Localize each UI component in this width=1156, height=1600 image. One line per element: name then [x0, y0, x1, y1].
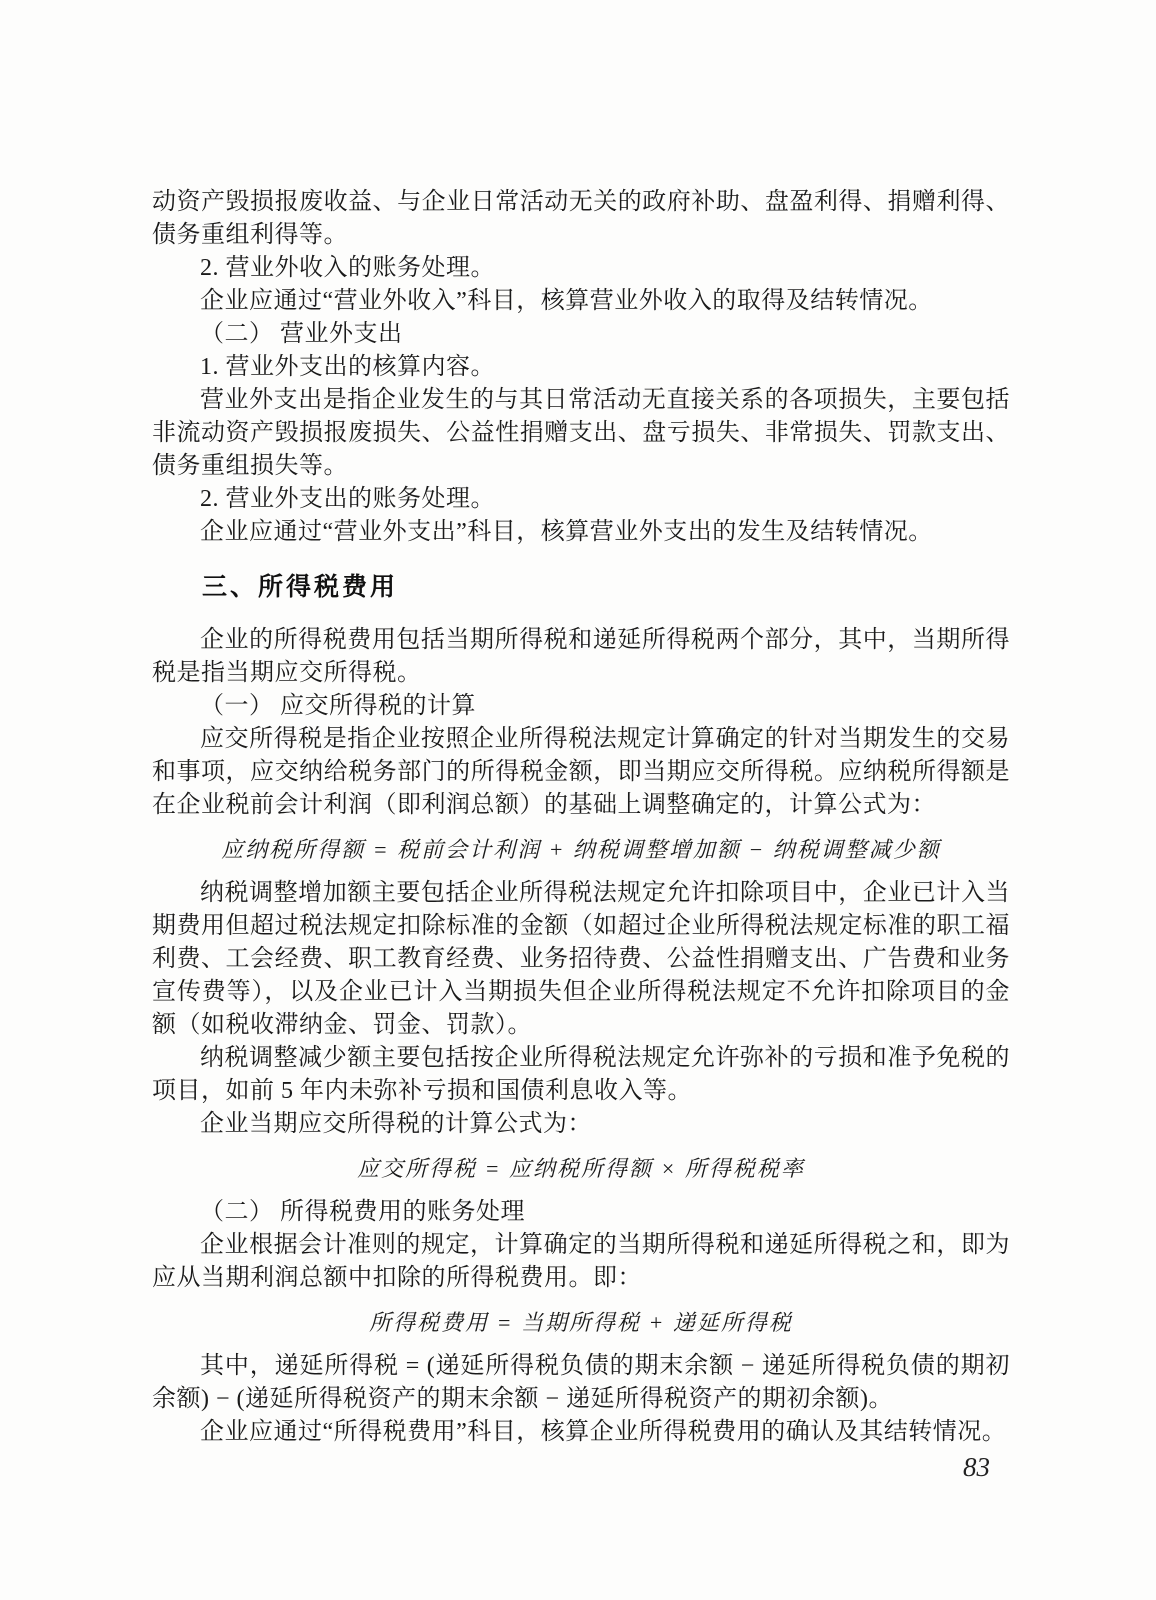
list-item-1-nonoperating-expense-scope: 1. 营业外支出的核算内容。 [152, 351, 1010, 384]
scanned-book-page: 动资产毁损报废收益、与企业日常活动无关的政府补助、盘盈利得、捐赠利得、债务重组利… [0, 0, 1156, 1600]
formula-income-tax-expense: 所得税费用 = 当期所得税 + 递延所得税 [152, 1306, 1010, 1339]
paragraph-income-tax-expense-calculation: 企业根据会计准则的规定，计算确定的当期所得税和递延所得税之和，即为应从当期利润总… [152, 1229, 1010, 1295]
paragraph-nonoperating-income-account: 企业应通过“营业外收入”科目，核算营业外收入的取得及结转情况。 [152, 285, 1010, 318]
paragraph-nonoperating-expense-definition: 营业外支出是指企业发生的与其日常活动无直接关系的各项损失，主要包括非流动资产毁损… [152, 384, 1010, 483]
page-number: 83 [963, 1452, 990, 1483]
formula-taxable-income: 应纳税所得额 = 税前会计利润 + 纳税调整增加额 − 纳税调整减少额 [152, 833, 1010, 866]
paragraph-current-tax-formula-lead-in: 企业当期应交所得税的计算公式为： [152, 1108, 1010, 1141]
section-heading-income-tax-expense: 三、所得税费用 [152, 571, 1010, 604]
formula-payable-income-tax: 应交所得税 = 应纳税所得额 × 所得税税率 [152, 1152, 1010, 1185]
list-item-2-nonoperating-expense-accounting: 2. 营业外支出的账务处理。 [152, 483, 1010, 516]
subheading-payable-income-tax-calculation: （一） 应交所得税的计算 [152, 690, 1010, 723]
paragraph-income-tax-expense-account: 企业应通过“所得税费用”科目，核算企业所得税费用的确认及其结转情况。 [152, 1416, 1010, 1449]
page-content: 动资产毁损报废收益、与企业日常活动无关的政府补助、盘盈利得、捐赠利得、债务重组利… [152, 186, 1010, 1449]
list-item-2-nonoperating-income-accounting: 2. 营业外收入的账务处理。 [152, 252, 1010, 285]
paragraph-nonoperating-expense-account: 企业应通过“营业外支出”科目，核算营业外支出的发生及结转情况。 [152, 516, 1010, 549]
paragraph-payable-income-tax-definition: 应交所得税是指企业按照企业所得税法规定计算确定的针对当期发生的交易和事项，应交纳… [152, 723, 1010, 822]
paragraph-deferred-tax-formula: 其中，递延所得税 = (递延所得税负债的期末余额 − 递延所得税负债的期初余额)… [152, 1350, 1010, 1416]
subheading-nonoperating-expenses: （二） 营业外支出 [152, 318, 1010, 351]
paragraph-tax-adjustment-increase: 纳税调整增加额主要包括企业所得税法规定允许扣除项目中，企业已计入当期费用但超过税… [152, 877, 1010, 1042]
paragraph-income-tax-expense-intro: 企业的所得税费用包括当期所得税和递延所得税两个部分，其中，当期所得税是指当期应交… [152, 624, 1010, 690]
paragraph-continuation: 动资产毁损报废收益、与企业日常活动无关的政府补助、盘盈利得、捐赠利得、债务重组利… [152, 186, 1010, 252]
paragraph-tax-adjustment-decrease: 纳税调整减少额主要包括按企业所得税法规定允许弥补的亏损和准予免税的项目，如前 5… [152, 1042, 1010, 1108]
subheading-income-tax-expense-accounting: （二） 所得税费用的账务处理 [152, 1196, 1010, 1229]
